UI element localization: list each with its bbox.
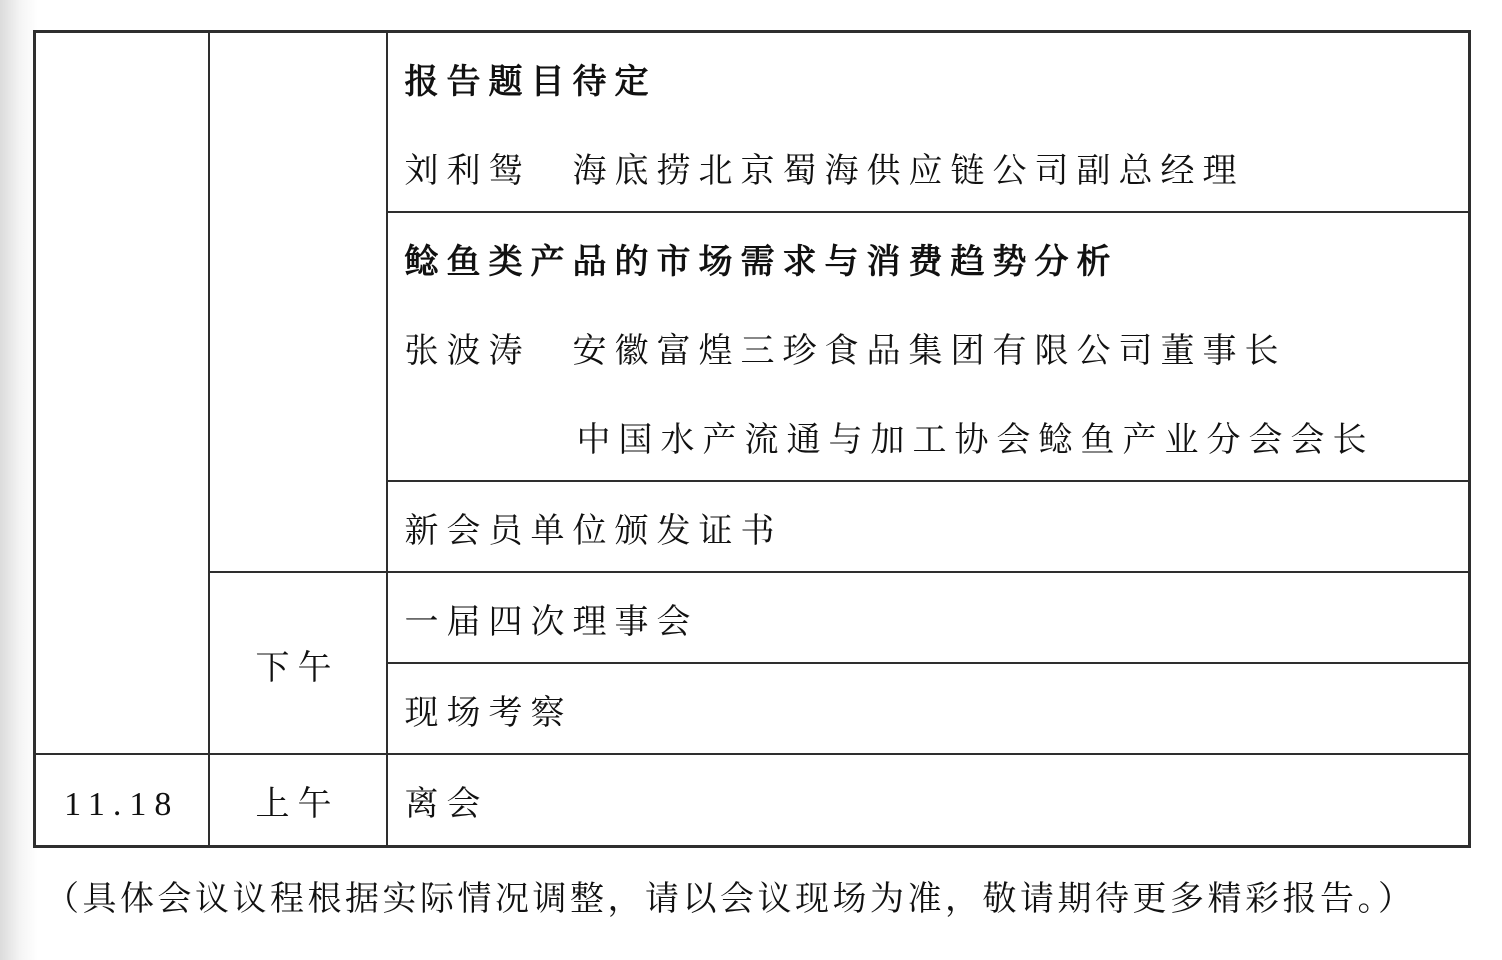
session-label-afternoon: 下午 [210, 624, 386, 713]
cell-session2: 鲶鱼类产品的市场需求与消费趋势分析 张波涛 安徽富煌三珍食品集团有限公司董事长 … [387, 212, 1470, 481]
agenda-footnote: （具体会议议程根据实际情况调整，请以会议现场为准，敬请期待更多精彩报告。） [45, 872, 1416, 928]
talk-title-catfish: 鲶鱼类产品的市场需求与消费趋势分析 [405, 218, 1469, 307]
session-cell-afternoon: 下午 [209, 572, 387, 754]
session-cell-empty [209, 32, 387, 573]
talk-title-tbd: 报告题目待定 [405, 38, 1469, 127]
table-row: 报告题目待定 刘利鸳 海底捞北京蜀海供应链公司副总经理 [35, 32, 1470, 213]
agenda-item-departure: 离会 [405, 760, 1469, 849]
session-cell-morning: 上午 [209, 754, 387, 846]
talk-speaker-zhang-role2: 中国水产流通与加工协会鲶鱼产业分会会长 [405, 396, 1469, 485]
session-label-morning: 上午 [210, 760, 386, 849]
cell-departure: 离会 [387, 754, 1470, 846]
date-cell-empty [35, 32, 209, 755]
table-row: 11.18 上午 离会 [35, 754, 1470, 846]
agenda-table: 报告题目待定 刘利鸳 海底捞北京蜀海供应链公司副总经理 鲶鱼类产品的市场需求与消… [33, 30, 1471, 848]
talk-speaker-zhang: 张波涛 安徽富煌三珍食品集团有限公司董事长 [405, 307, 1469, 396]
cell-certificate: 新会员单位颁发证书 [387, 481, 1470, 572]
agenda-item-certificate: 新会员单位颁发证书 [405, 487, 1469, 576]
cell-council-meeting: 一届四次理事会 [387, 572, 1470, 663]
table-row: 下午 一届四次理事会 [35, 572, 1470, 663]
talk-speaker-liu: 刘利鸳 海底捞北京蜀海供应链公司副总经理 [405, 127, 1469, 216]
agenda-item-site-visit: 现场考察 [405, 669, 1469, 758]
date-label: 11.18 [36, 760, 208, 849]
date-cell-1118: 11.18 [35, 754, 209, 846]
agenda-item-council-meeting: 一届四次理事会 [405, 578, 1469, 667]
cell-session1: 报告题目待定 刘利鸳 海底捞北京蜀海供应链公司副总经理 [387, 32, 1470, 213]
cell-site-visit: 现场考察 [387, 663, 1470, 754]
